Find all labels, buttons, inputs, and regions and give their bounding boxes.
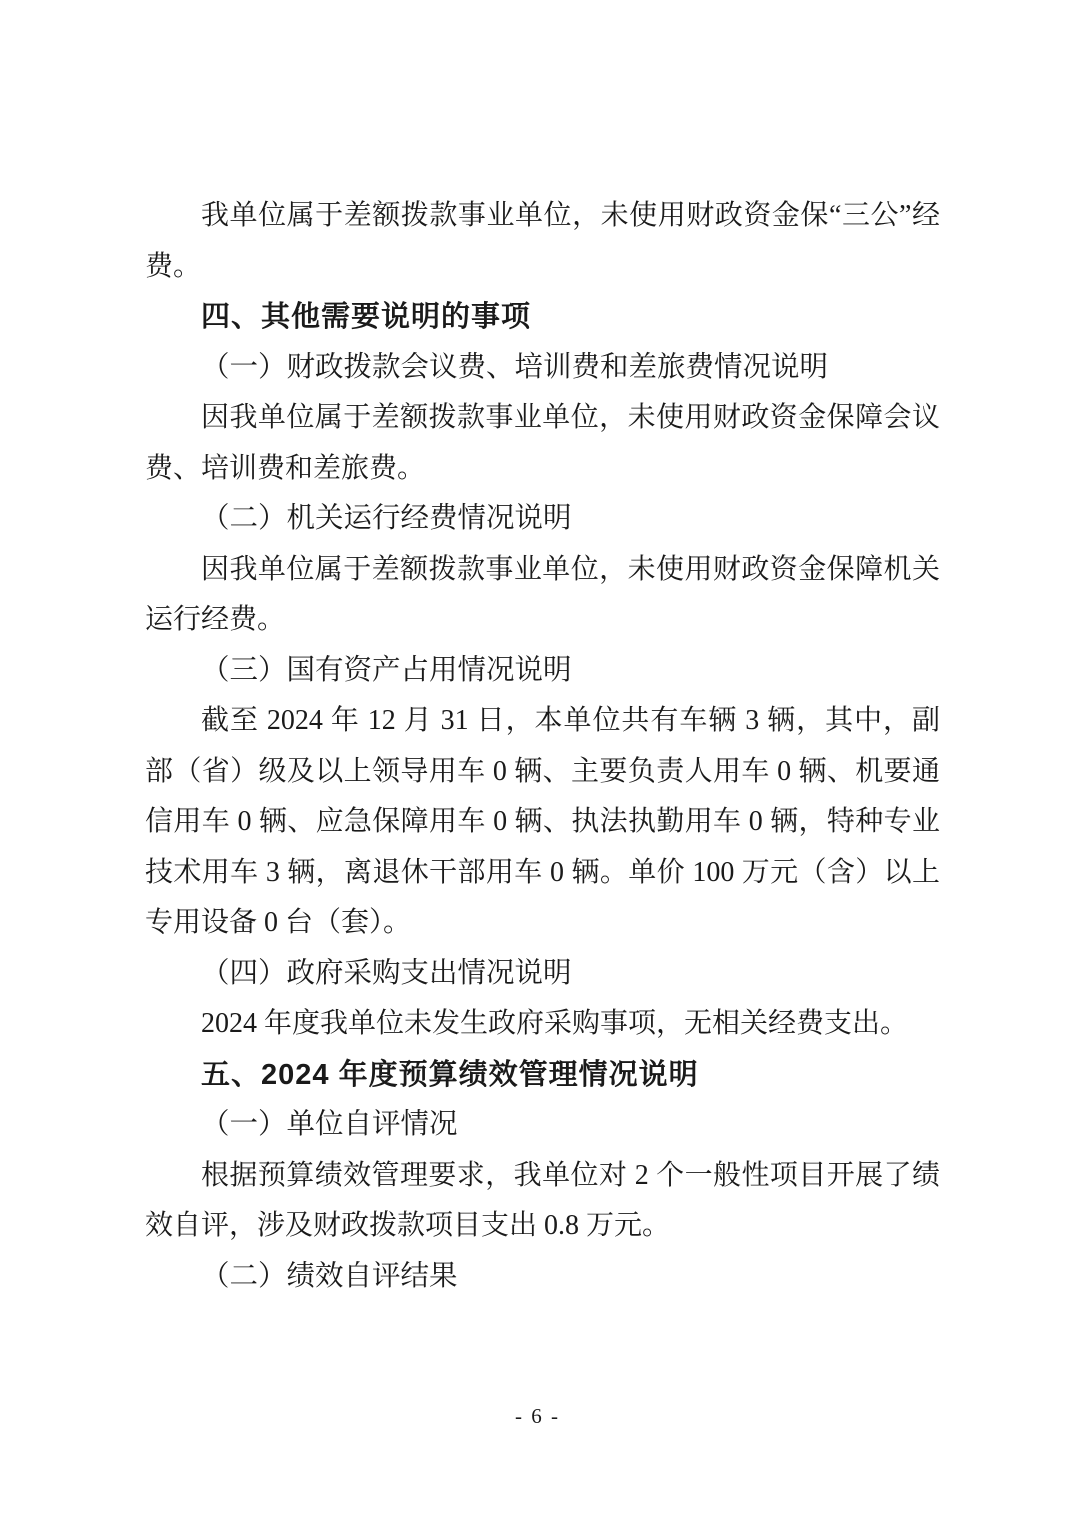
paragraph-line: 我单位属于差额拨款事业单位，未使用财政资金保“三公”经	[145, 191, 940, 242]
subsection-heading: （四）政府采购支出情况说明	[145, 949, 940, 1000]
paragraph-line: 费、培训费和差旅费。	[145, 444, 940, 495]
paragraph-line: 2024 年度我单位未发生政府采购事项，无相关经费支出。	[145, 999, 940, 1050]
paragraph-line: 技术用车 3 辆，离退休干部用车 0 辆。单价 100 万元（含）以上	[145, 848, 940, 899]
paragraph-line: 截至 2024 年 12 月 31 日，本单位共有车辆 3 辆，其中，副	[145, 696, 940, 747]
paragraph-line: 运行经费。	[145, 595, 940, 646]
subsection-heading: （一）单位自评情况	[145, 1100, 940, 1151]
section-heading: 四、其他需要说明的事项	[145, 292, 940, 343]
paragraph-line: 因我单位属于差额拨款事业单位，未使用财政资金保障会议	[145, 393, 940, 444]
subsection-heading: （一）财政拨款会议费、培训费和差旅费情况说明	[145, 343, 940, 394]
paragraph-line: 信用车 0 辆、应急保障用车 0 辆、执法执勤用车 0 辆，特种专业	[145, 797, 940, 848]
subsection-heading: （三）国有资产占用情况说明	[145, 646, 940, 697]
page-number: - 6 -	[0, 1404, 1075, 1429]
paragraph-line: 费。	[145, 242, 940, 293]
subsection-heading: （二）绩效自评结果	[145, 1252, 940, 1303]
paragraph-line: 部（省）级及以上领导用车 0 辆、主要负责人用车 0 辆、机要通	[145, 747, 940, 798]
document-page: 我单位属于差额拨款事业单位，未使用财政资金保“三公”经 费。 四、其他需要说明的…	[0, 0, 1075, 1520]
paragraph-line: 效自评，涉及财政拨款项目支出 0.8 万元。	[145, 1201, 940, 1252]
document-body: 我单位属于差额拨款事业单位，未使用财政资金保“三公”经 费。 四、其他需要说明的…	[145, 191, 940, 1302]
section-heading: 五、2024 年度预算绩效管理情况说明	[145, 1050, 940, 1101]
paragraph-line: 因我单位属于差额拨款事业单位，未使用财政资金保障机关	[145, 545, 940, 596]
subsection-heading: （二）机关运行经费情况说明	[145, 494, 940, 545]
paragraph-line: 专用设备 0 台（套）。	[145, 898, 940, 949]
paragraph-line: 根据预算绩效管理要求，我单位对 2 个一般性项目开展了绩	[145, 1151, 940, 1202]
